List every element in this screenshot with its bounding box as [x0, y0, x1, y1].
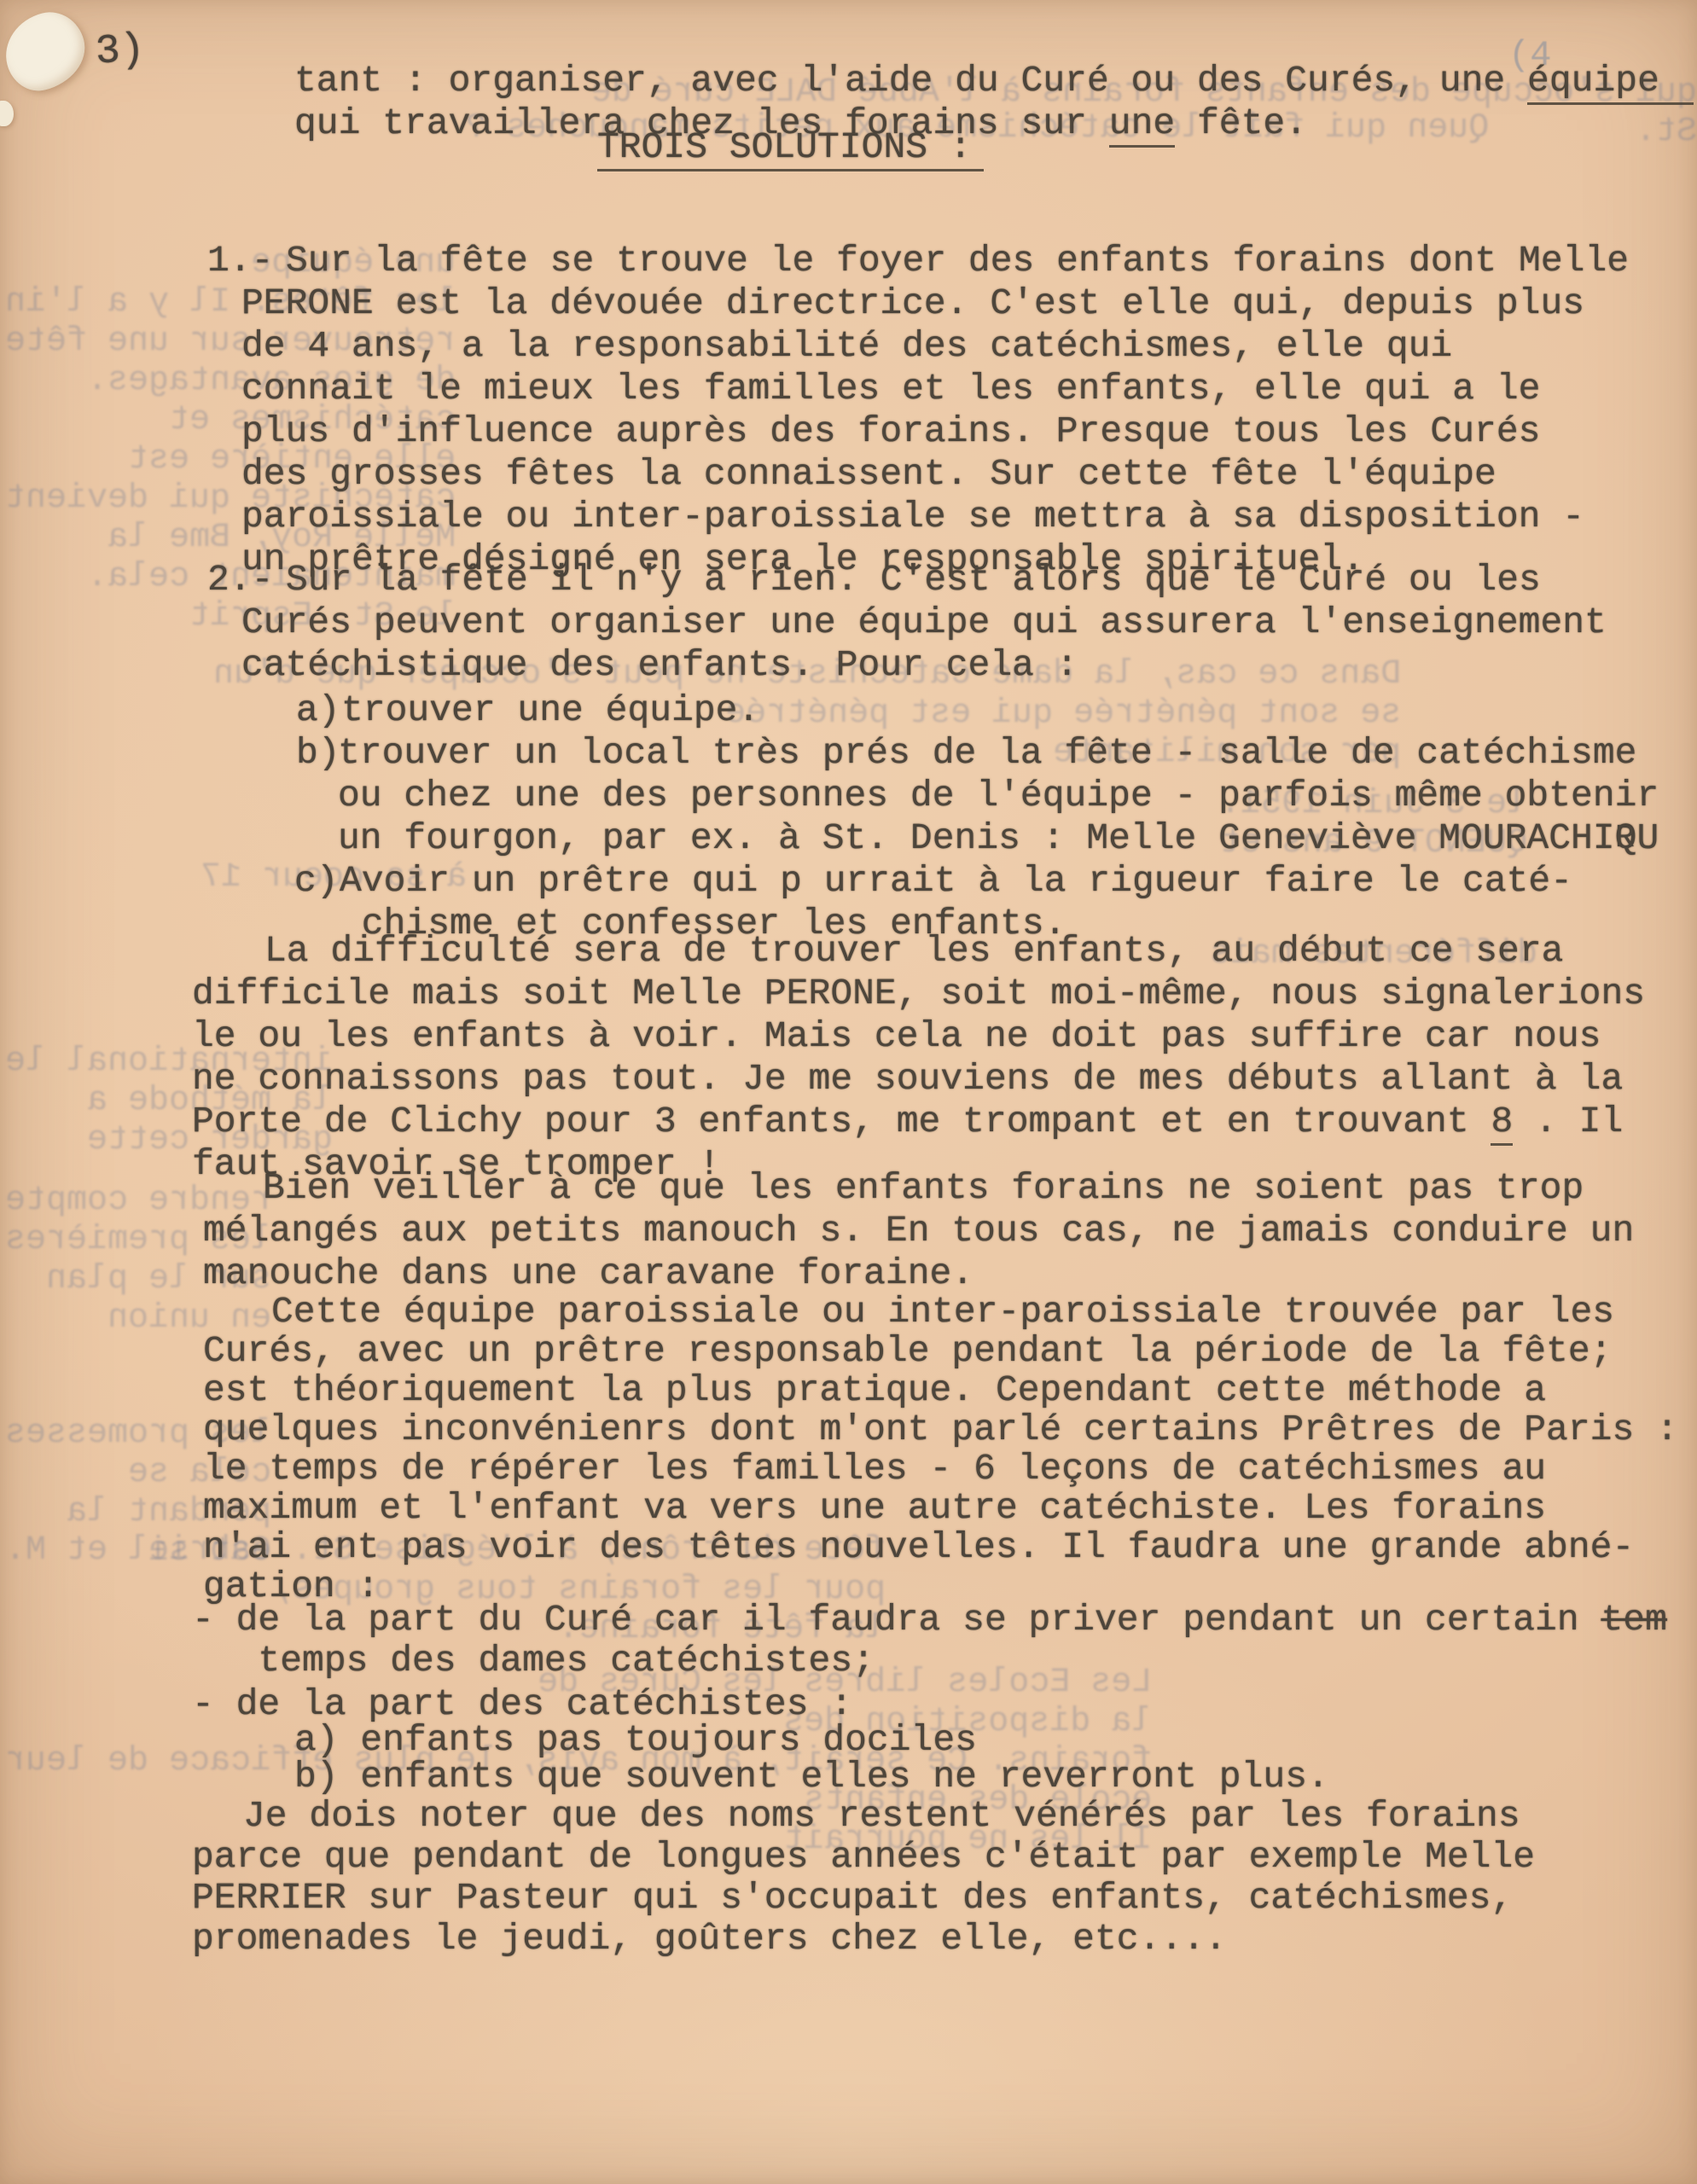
solution-1-paragraph: Sur la fête se trouve le foyer des enfan… [241, 240, 1658, 581]
paper-nick [0, 101, 14, 126]
typed-correction-letter: R [1615, 817, 1635, 860]
paragraph-final-note: Je dois noter que des noms restent vénér… [192, 1796, 1677, 1960]
dash-item-cure: - de la part du Curé car il faudra se pr… [192, 1600, 1677, 1682]
section-heading-text: TROIS SOLUTIONS : [597, 126, 984, 171]
paragraph-bien-veiller: Bien veiller à ce que les enfants forain… [203, 1167, 1653, 1295]
sublist-marker-a: a) [296, 689, 340, 732]
paragraph-difficulte: La difficulté sera de trouver les enfant… [192, 930, 1677, 1186]
intro-text: tant : organiser, avec l'aide du Curé ou… [294, 60, 1527, 102]
underlined-word-equipe: équipe [1527, 60, 1694, 105]
paper-tear [0, 5, 93, 97]
struck-out-word: tem [1601, 1599, 1666, 1641]
solution-2-paragraph: Sur la fête il n'y a rien. C'est alors q… [241, 559, 1658, 687]
paragraph-cette-equipe: Cette équipe paroissiale ou inter-parois… [203, 1292, 1683, 1606]
page-number: 3) [95, 28, 146, 75]
section-heading: TROIS SOLUTIONS : [597, 126, 984, 169]
sublist-marker-c: c) [294, 860, 339, 903]
dash-item-text: - de la part du Curé car il faudra se pr… [192, 1599, 1601, 1641]
intro-paragraph: tant : organiser, avec l'aide du Curé ou… [294, 60, 1694, 145]
sublist-item-a: trouver une équipe. [341, 689, 759, 732]
scanned-typewritten-page: qui s'occupe des enfants forains à l'Abb… [0, 0, 1697, 2184]
intro-text: fête. [1175, 102, 1307, 144]
sublist-item-b: trouver un local très prés de la fête - … [338, 732, 1697, 860]
paragraph-text: La difficulté sera de trouver les enfant… [192, 930, 1645, 1142]
sublist-marker-b: b) [296, 732, 340, 775]
sublist-item-enfants-reverront: b) enfants que souvent elles ne reverron… [294, 1756, 1329, 1798]
dash-item-text: temps des dames catéchistes; [192, 1640, 875, 1682]
underlined-number-8: 8 [1491, 1101, 1513, 1146]
underlined-word-une: une [1109, 102, 1175, 148]
